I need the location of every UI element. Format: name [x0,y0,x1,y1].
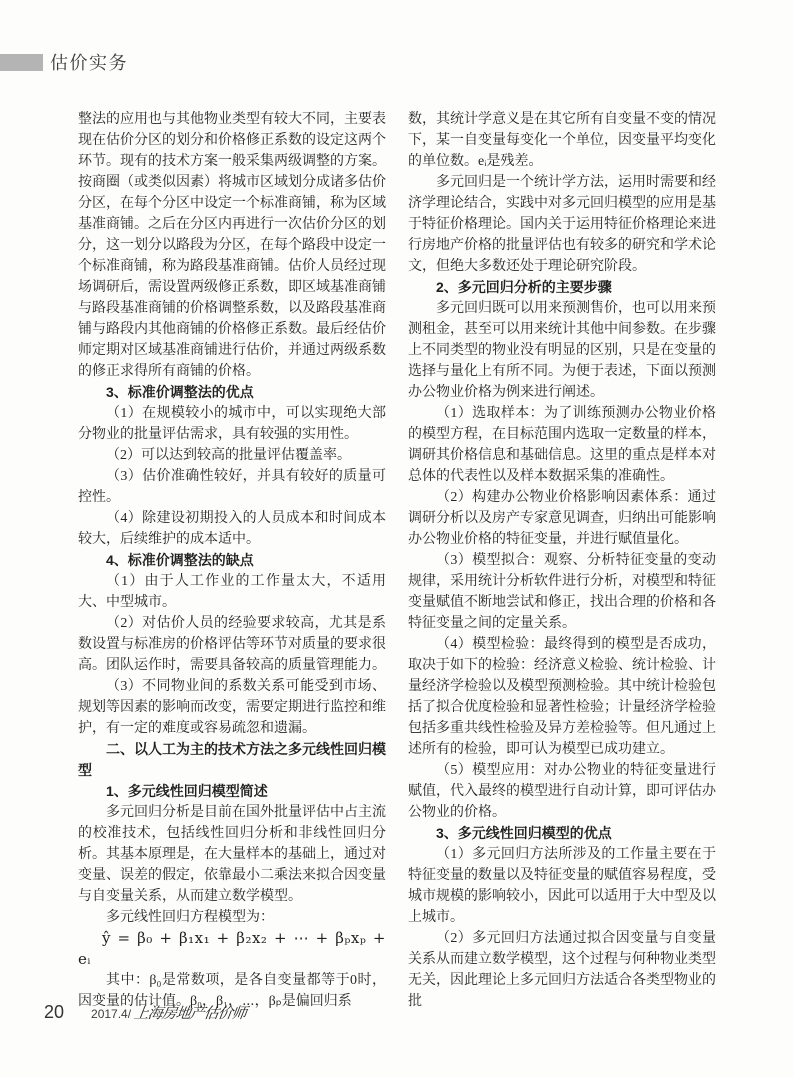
body-paragraph: 多元回归是一个统计学方法，运用时需要和经济学理论结合，实践中对多元回归模型的应用… [408,172,716,277]
body-paragraph: （2）多元回归方法通过拟合因变量与自变量关系从而建立数学模型，这个过程与何种物业… [408,928,716,1012]
body-paragraph: （2）对估价人员的经验要求较高，尤其是系数设置与标准房的价格评估等环节对质量的要… [78,613,386,676]
body-paragraph: 多元线性回归方程模型为： [78,907,386,928]
section-label: 估价实务 [50,49,128,75]
body-paragraph: （1）选取样本：为了训练预测办公物业价格的模型方程，在目标范围内选取一定数量的样… [408,403,716,487]
body-paragraph: （3）模型拟合：观察、分析特征变量的变动规律，采用统计分析软件进行分析，对模型和… [408,550,716,634]
body-paragraph: 数，其统计学意义是在其它所有自变量不变的情况下，某一自变量每变化一个单位，因变量… [408,109,716,172]
section-heading: 1、多元线性回归模型简述 [78,781,386,802]
section-heading: 二、以人工为主的技术方法之多元线性回归模型 [78,739,386,781]
body-paragraph: 多元回归分析是目前在国外批量评估中占主流的校准技术，包括线性回归分析和非线性回归… [78,802,386,907]
article-body: 整法的应用也与其他物业类型有较大不同，主要表现在估价分区的划分和价格修正系数的设… [78,109,716,1012]
body-paragraph: （4）模型检验：最终得到的模型是否成功，取决于如下的检验：经济意义检验、统计检验… [408,634,716,760]
body-paragraph: （2）可以达到较高的批量评估覆盖率。 [78,445,386,466]
body-paragraph: （3）估价准确性较好，并具有较好的质量可控性。 [78,466,386,508]
journal-name-script: 上海房地产估价师 [133,1002,248,1023]
body-paragraph: 整法的应用也与其他物业类型有较大不同，主要表现在估价分区的划分和价格修正系数的设… [78,109,386,382]
right-column: 数，其统计学意义是在其它所有自变量不变的情况下，某一自变量每变化一个单位，因变量… [408,109,716,1012]
page-number: 20 [44,1002,64,1023]
left-column: 整法的应用也与其他物业类型有较大不同，主要表现在估价分区的划分和价格修正系数的设… [78,109,386,1012]
page-footer: 20 2017.4/ 上海房地产估价师 [44,1002,246,1023]
body-paragraph: （1）多元回归方法所涉及的工作量主要在于特征变量的数量以及特征变量的赋值容易程度… [408,844,716,928]
issue-date: 2017.4/ [91,1007,131,1021]
page-header: 估价实务 [0,46,128,78]
body-paragraph: （1）由于人工作业的工作量太大，不适用大、中型城市。 [78,571,386,613]
body-paragraph: （1）在规模较小的城市中，可以实现绝大部分物业的批量评估需求，具有较强的实用性。 [78,403,386,445]
journal-page: 估价实务 整法的应用也与其他物业类型有较大不同，主要表现在估价分区的划分和价格修… [0,0,794,1077]
section-marker-bar [0,54,43,71]
body-paragraph: （5）模型应用：对办公物业的特征变量进行赋值，代入最终的模型进行自动计算，即可评… [408,760,716,823]
body-paragraph: （3）不同物业间的系数关系可能受到市场、规划等因素的影响而改变，需要定期进行监控… [78,676,386,739]
section-heading: 4、标准价调整法的缺点 [78,550,386,571]
body-paragraph: 多元回归既可以用来预测售价，也可以用来预测租金，甚至可以用来统计其他中间参数。在… [408,298,716,403]
section-heading: 2、多元回归分析的主要步骤 [408,277,716,298]
body-paragraph: （4）除建设初期投入的人员成本和时间成本较大，后续维护的成本适中。 [78,508,386,550]
body-paragraph: （2）构建办公物业价格影响因素体系：通过调研分析以及房产专家意见调查，归纳出可能… [408,487,716,550]
section-heading: 3、标准价调整法的优点 [78,382,386,403]
regression-formula: ŷ = β₀ + β₁x₁ + β₂x₂ + ⋯ + βₚxₚ + eᵢ [78,928,386,970]
section-heading: 3、多元线性回归模型的优点 [408,823,716,844]
